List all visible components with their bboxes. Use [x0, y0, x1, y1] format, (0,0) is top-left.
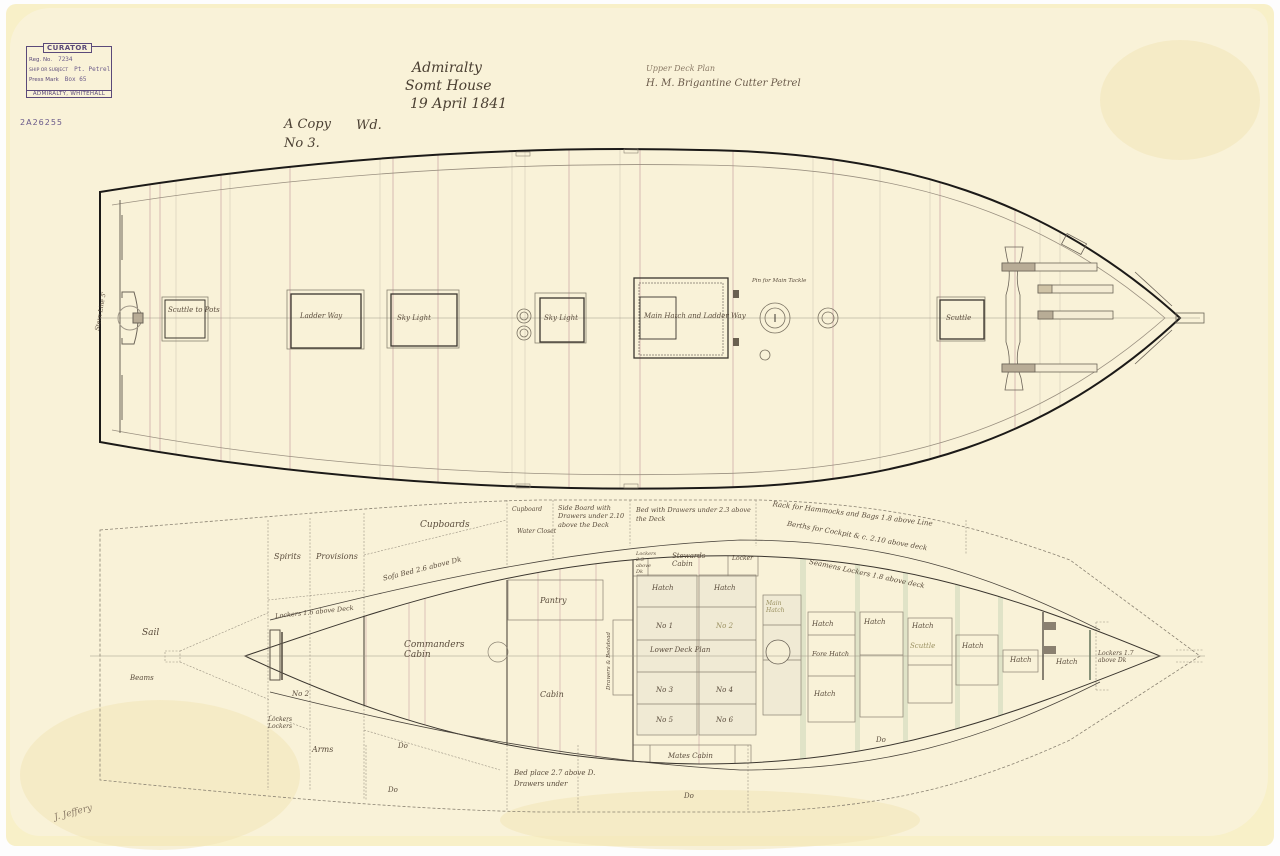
label-no1: No 1 — [656, 622, 673, 630]
label-do-1: Do — [398, 742, 408, 750]
label-hatch-4: Hatch — [864, 618, 886, 626]
label-bed-place: Bed place 2.7 above D. Drawers under — [514, 768, 604, 789]
label-lockers-fwd: Lockers 1.7 above Dk — [1098, 650, 1142, 664]
label-cupboards: Cupboards — [420, 520, 470, 530]
label-stewards-cabin: Stewards Cabin — [672, 552, 712, 568]
label-lockers-small: Lockers 2.3 above Dk — [636, 551, 650, 575]
label-spirits: Spirits — [274, 552, 301, 561]
label-beams: Beams — [130, 674, 154, 682]
label-mates-cabin: Mates Cabin — [668, 752, 713, 760]
label-hatch-2: Hatch — [714, 584, 736, 592]
label-aft-no2: No 2 — [292, 690, 309, 698]
ship-plan-drawing — [0, 0, 1280, 856]
label-hatch-1: Hatch — [652, 584, 674, 592]
label-sky-light-fwd: Sky Light — [544, 314, 578, 322]
label-do-3: Do — [684, 792, 694, 800]
label-scuttle-aft: Scuttle to Pots — [168, 306, 220, 314]
label-hatch-6: Hatch — [962, 642, 984, 650]
lower-deck-plan — [90, 0, 1205, 856]
label-cabin: Cabin — [540, 690, 564, 699]
label-locker: Locker — [732, 555, 753, 562]
label-provisions: Provisions — [316, 552, 358, 561]
label-side-board: Side Board with Drawers under 2.10 above… — [558, 504, 630, 529]
label-no2: No 2 — [716, 622, 733, 630]
label-hatch-7: Hatch — [1010, 656, 1032, 664]
label-water-closet: Water Closet — [517, 528, 556, 535]
label-no5: No 5 — [656, 716, 673, 724]
label-hatch-5: Hatch — [912, 622, 934, 630]
label-no4: No 4 — [716, 686, 733, 694]
label-main-hatch: Main Hatch and Ladder Way — [644, 312, 746, 320]
label-no6: No 6 — [716, 716, 733, 724]
label-bed-drawers: Bed with Drawers under 2.3 above the Dec… — [636, 506, 754, 524]
label-ladder-way: Ladder Way — [300, 312, 342, 320]
label-do-4: Do — [876, 736, 886, 744]
label-drawers: Drawers & Bedstead — [606, 632, 612, 690]
label-commanders-cabin: Commanders Cabin — [404, 640, 464, 660]
label-scuttle-fwd: Scuttle — [946, 314, 971, 322]
label-do-2: Do — [388, 786, 398, 794]
label-no3: No 3 — [656, 686, 673, 694]
label-pin-main-tackle: Pin for Main Tackle — [752, 278, 806, 284]
label-scuttle-lower: Scuttle — [910, 642, 935, 650]
label-sail: Sail — [142, 628, 159, 638]
label-lower-deck-plan: Lower Deck Plan — [650, 646, 710, 654]
label-main-hatch-lower: Main Hatch — [766, 600, 796, 614]
label-fore-hatch: Fore Hatch — [812, 650, 852, 658]
label-cupboard: Cupboard — [512, 506, 542, 513]
label-pantry: Pantry — [540, 596, 567, 605]
label-hatch-9: Hatch — [814, 690, 836, 698]
label-sky-light-aft: Sky Light — [397, 314, 431, 322]
label-hatch-8: Hatch — [1056, 658, 1078, 666]
label-lockers-bottom: Lockers Lockers — [268, 716, 302, 730]
label-hatch-3: Hatch — [812, 620, 834, 628]
label-arms: Arms — [312, 745, 333, 754]
